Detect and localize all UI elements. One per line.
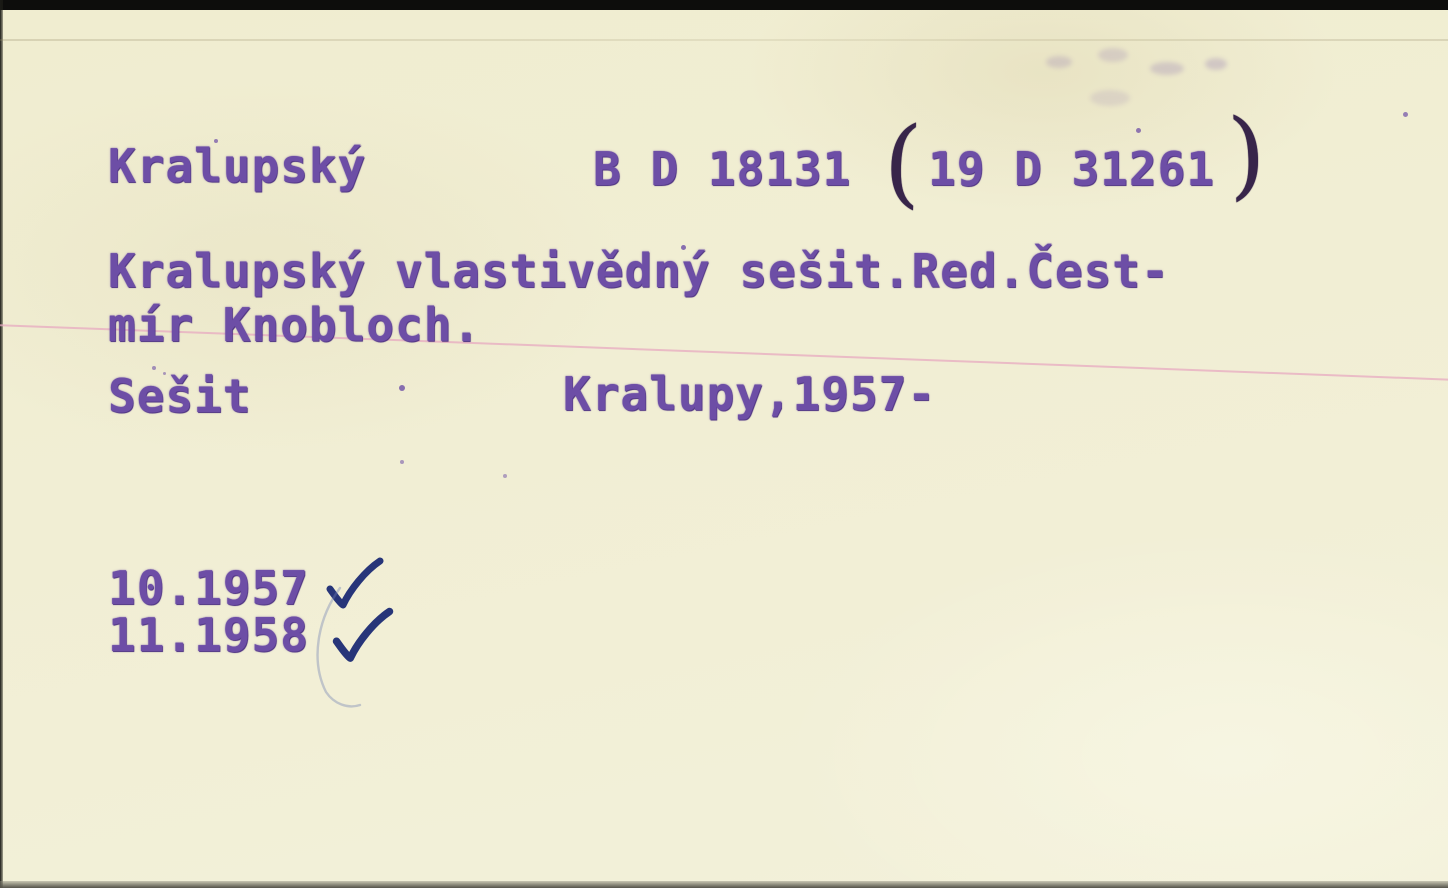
shelfmark: B D 18131 <box>593 146 851 192</box>
ink-speck <box>214 139 218 143</box>
ink-smudge <box>1098 48 1128 62</box>
pen-arc <box>296 580 386 720</box>
ink-speck <box>400 460 404 464</box>
ink-smudge <box>1205 58 1227 70</box>
title-line-2: mír Knobloch. <box>108 302 481 348</box>
holdings-volume: 11.1958 <box>108 612 309 658</box>
catalog-card: Kralupský B D 18131 ( 19 D 31261 ) Kralu… <box>0 0 1448 888</box>
ink-speck <box>503 474 507 478</box>
ink-speck <box>681 245 686 250</box>
ink-smudge <box>1090 90 1130 106</box>
ink-speck <box>1403 112 1408 117</box>
ink-speck <box>1136 128 1141 133</box>
series-label: Sešit <box>108 373 251 419</box>
ink-smudge <box>1046 56 1072 68</box>
title-line-1: Kralupský vlastivědný sešit.Red.Čest- <box>108 248 1170 294</box>
paper-crease <box>0 39 1448 41</box>
ink-speck <box>152 366 156 370</box>
scan-edge-top <box>0 0 1448 10</box>
scan-edge-bottom <box>0 881 1448 888</box>
ink-speck <box>163 372 166 375</box>
alt-shelfmark: 19 D 31261 <box>928 146 1215 192</box>
scan-edge-left <box>0 0 3 888</box>
card-heading: Kralupský <box>108 143 366 189</box>
ink-smudge <box>1150 62 1184 75</box>
handwritten-paren-open: ( <box>882 113 923 210</box>
imprint: Kralupy,1957- <box>563 371 936 417</box>
handwritten-paren-close: ) <box>1226 105 1267 202</box>
ink-speck <box>399 385 405 391</box>
holdings-volume: 10.1957 <box>108 565 309 611</box>
